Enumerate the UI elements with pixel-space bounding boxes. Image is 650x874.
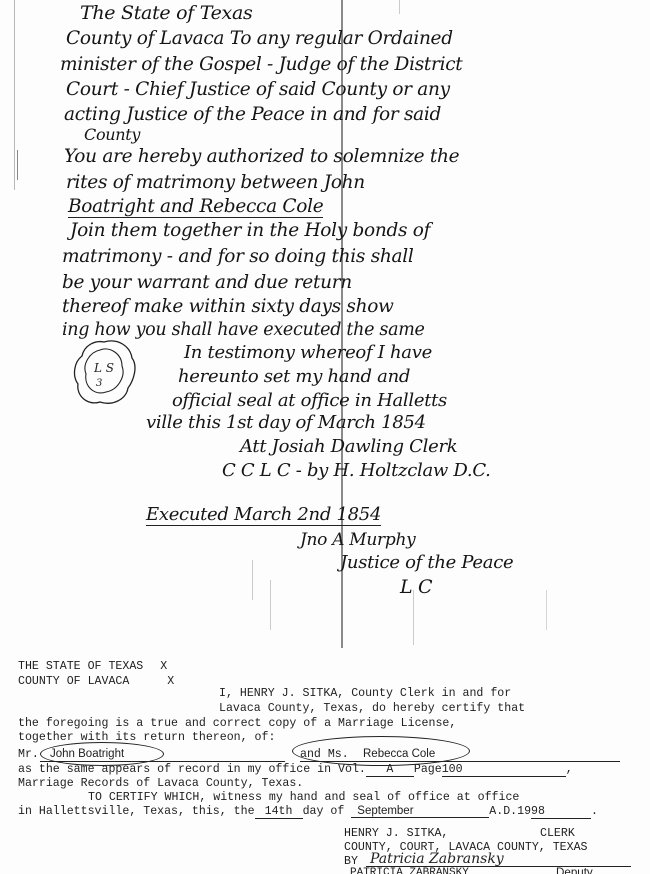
scan-edge [14,0,15,190]
scan-edge [17,150,18,180]
hand-line: matrimony - and for so doing this shall [62,246,413,267]
deputy-title: Deputy [556,866,593,874]
hand-line-couple: Boatright and Rebecca Cole [68,196,323,218]
return-executed: Executed March 2nd 1854 [146,504,381,526]
hand-line: County [84,125,140,144]
hand-line: official seal at office in Halletts [172,390,447,411]
county-heading: COUNTY OF LAVACA X [18,675,174,688]
hand-line: County of Lavaca To any regular Ordained [66,28,453,49]
body-line: together with its return thereon, of: [18,731,275,744]
mr-prefix: Mr. [18,748,39,761]
body-line: the foregoing is a true and correct copy… [18,717,456,730]
hand-line: You are hereby authorized to solemnize t… [64,146,459,167]
record-line: as the same appears of record in my offi… [18,763,573,777]
intro-line: Lavaca County, Texas, do hereby certify … [219,702,525,715]
year-value: 98 [531,805,591,819]
svg-text:3: 3 [96,378,102,389]
bride-circle [292,736,470,766]
document-page: The State of Texas County of Lavaca To a… [0,0,650,874]
hand-line: ville this 1st day of March 1854 [146,412,426,433]
deputy-name: PATRICIA ZABRANSKY [350,867,469,874]
scan-mark [546,590,547,630]
clerk-name: HENRY J. SITKA, [344,827,448,840]
deputy-clerk-line: C C L C - by H. Holtzclaw D.C. [222,460,491,481]
hand-line: hereunto set my hand and [178,366,410,387]
state-heading: THE STATE OF TEXAS X [18,660,167,673]
volume-value: A [366,763,414,777]
day-value: 14th [255,805,303,819]
hand-line: thereof make within sixty days show [62,296,394,317]
scan-mark [252,560,253,600]
place-date-line: in Hallettsville, Texas, this, the14thda… [18,805,598,819]
hand-line: In testimony whereof I have [184,342,432,363]
page-value: 100 [442,763,566,777]
officiant-title: Justice of the Peace [340,552,513,573]
bracket-glyph: X [160,660,167,673]
clerk-title: CLERK [540,827,575,840]
hand-line: rites of matrimony between John [66,172,365,193]
official-seal-icon: L S 3 [70,336,138,408]
hand-line: be your warrant and due return [62,272,352,293]
month-value: September [351,805,489,818]
scan-mark [413,590,414,645]
hand-line: The State of Texas [80,2,252,24]
intro-line: I, HENRY J. SITKA, County Clerk in and f… [219,687,511,700]
scan-mark [399,0,400,14]
hand-line: acting Justice of the Peace in and for s… [64,104,441,125]
hand-line: Court - Chief Justice of said County or … [66,79,450,100]
hand-line: minister of the Gospel - Judge of the Di… [60,54,462,75]
certify-line: TO CERTIFY WHICH, witness my hand and se… [88,791,519,804]
svg-text:L S: L S [93,361,114,375]
bracket-glyph: X [167,675,174,688]
officiant-name: Jno A Murphy [300,530,415,550]
hand-line: Join them together in the Holy bonds of [70,220,430,241]
deputy-signature: Patricia Zabransky [370,851,504,867]
officiant-initials: L C [400,576,432,598]
records-line: Marriage Records of Lavaca County, Texas… [18,777,303,790]
scan-mark [270,580,271,630]
clerk-attestation: Att Josiah Dawling Clerk [240,436,457,457]
